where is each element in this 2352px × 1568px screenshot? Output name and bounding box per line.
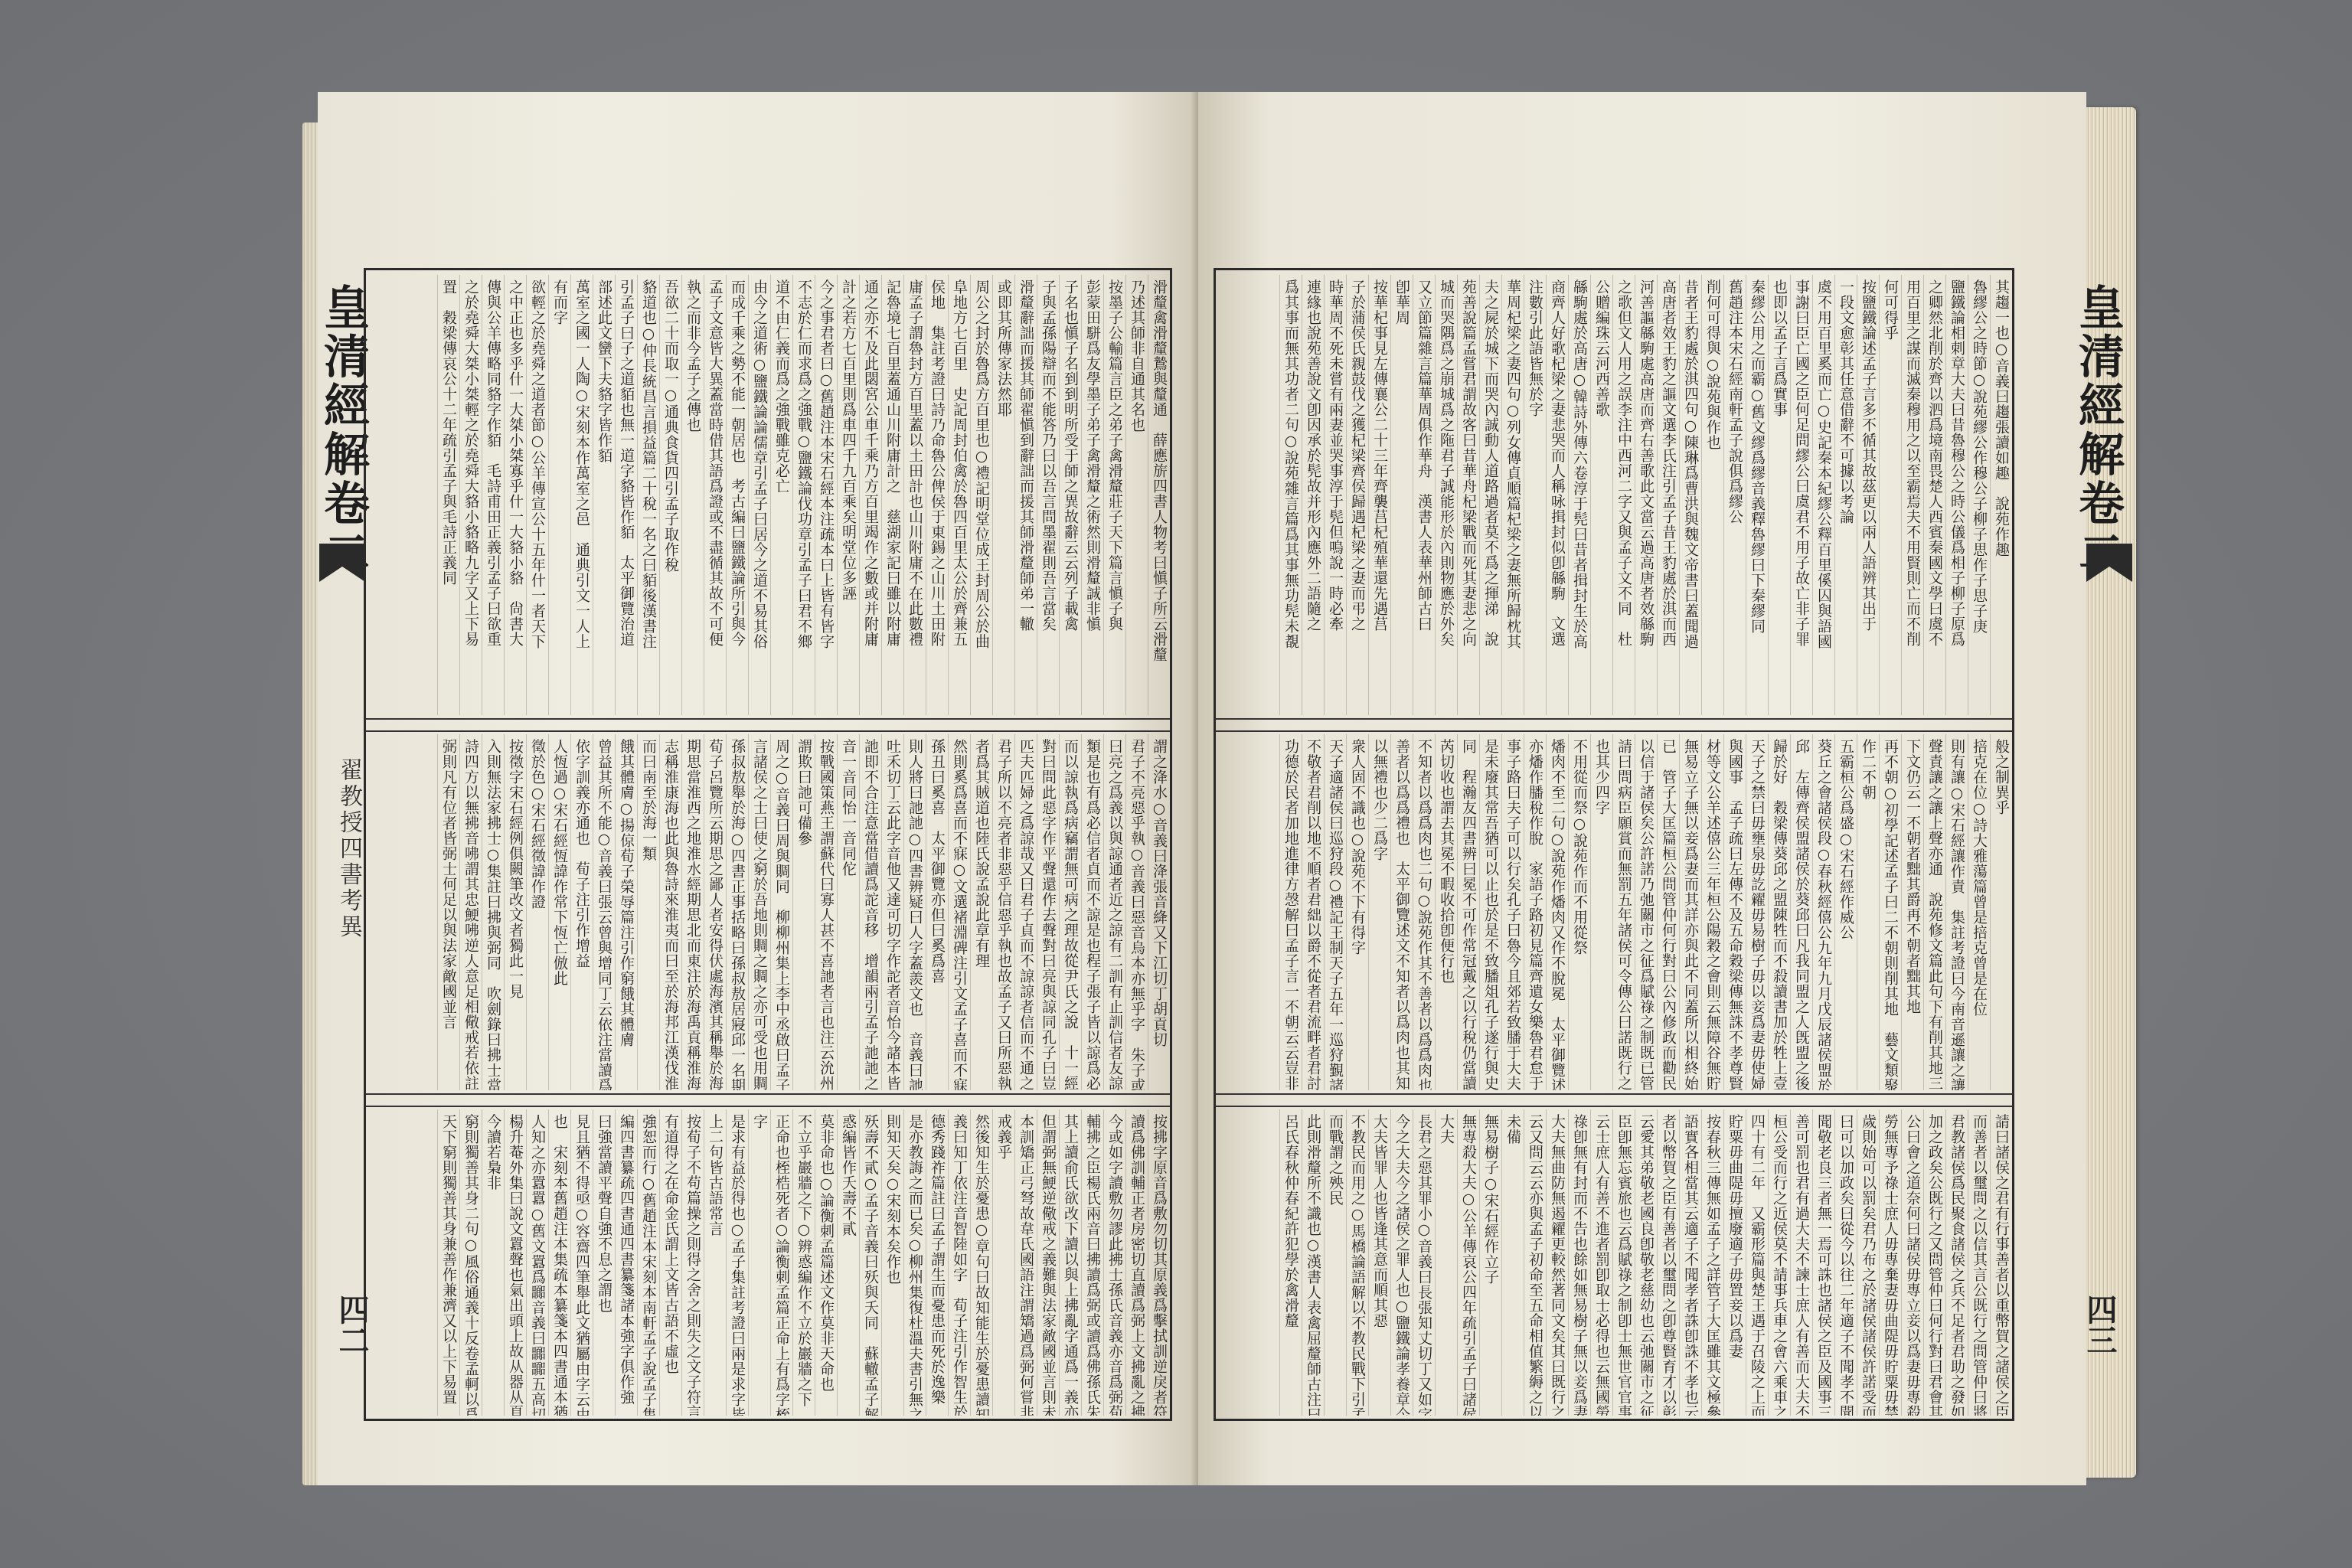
text-column: 匹夫匹婦之爲諒哉又曰君子貞而不諒諒者信而不通之謂 xyxy=(1014,734,1037,1090)
text-column: 善者以爲爲禮也 太平御覽述文不知者以爲肉也其知者 xyxy=(1390,734,1413,1090)
text-column: 祿卽無有封而不告也餘如無易樹子無以妾爲妻無專殺 xyxy=(1568,1109,1590,1416)
right-page-title: 皇清經解卷二 xyxy=(2065,283,2131,577)
text-column: 阜地方七百里 史記周封伯禽於魯四百里太公於齊兼五 xyxy=(948,275,970,715)
text-column: 曰強當讀平聲自強不息之謂也 xyxy=(593,1109,615,1416)
text-column: 按春秋三傳無如孟子之詳管子大匡雖其文極參錯而事 xyxy=(1701,1109,1723,1416)
text-column: 桓公受而行之近侯莫不請事兵車之會六乘車之會三饗國 xyxy=(1768,1109,1790,1416)
text-column: 吾欲二十而取一○通典食貨四引孟子取作稅 xyxy=(659,275,681,715)
text-column: 道不由仁義而爲之強戰雖克必亡 xyxy=(770,275,792,715)
text-column: 天子適諸侯曰巡狩段○禮記王制天子五年一巡狩覲諸侯 xyxy=(1324,734,1346,1090)
text-column: 徵於色○宋石經徵諱作證 xyxy=(526,734,548,1090)
text-column: 五霸桓公爲盛○宋石經作威公 xyxy=(1834,734,1857,1090)
text-column: 燔肉不至二句○說苑作燔肉又作不脫冕 太平御覽述文 xyxy=(1546,734,1568,1090)
text-column: 亦燔作膰稅作脫 家語子路初見篇齊遺女樂魯君怠于政 xyxy=(1524,734,1546,1090)
text-column: 未備 xyxy=(1501,1109,1524,1416)
text-column: 今之大夫今之諸侯之罪人也○鹽鐵論孝養章今之士今之 xyxy=(1390,1109,1413,1416)
text-column: 卽華周 xyxy=(1390,275,1413,715)
text-column: 計之若方七百里則爲車四千九百乘矣明堂位多誣 xyxy=(837,275,859,715)
text-column: 下文仍云一不朝者黜其爵再不朝者黜其地 xyxy=(1901,734,1923,1090)
text-column: 葵丘之會諸侯段○春秋經僖公九年九月戊辰諸侯盟於葵 xyxy=(1812,734,1834,1090)
text-column: 欲輕之於堯舜之道者節○公羊傳宣公十五年什一者天下 xyxy=(526,275,548,715)
text-column: 志稱淮康海也此與魯詩來淮夷而曰至於海邦江漢伐淮夷 xyxy=(659,734,681,1090)
text-column: 大夫 xyxy=(1435,1109,1457,1416)
text-column: 曰亮之爲義以與諒通者近之諒有二訓有止訓信者友諒之 xyxy=(1103,734,1125,1090)
text-column: 與國事 孟子疏曰左傳不及五命穀梁傳無誅不孝尊賢育 xyxy=(1723,734,1746,1090)
text-tier-1: 滑釐禽滑釐鷙與釐通 薛應旂四書人物考曰愼子所云滑釐乃述其師非自通其名也按墨子公輸… xyxy=(366,275,1170,715)
text-column: 聞敬老良三者無一焉可誅也諸侯之臣及國事三年不聞 xyxy=(1812,1109,1834,1416)
text-column: 無專殺大夫○公羊傳哀公四年疏引孟子曰諸侯不得專殺 xyxy=(1457,1109,1479,1416)
text-column: 四十有二年 又霸形篇與楚王遇于召陵之上而令之曰毋 xyxy=(1746,1109,1768,1416)
text-column: 作二不朝 xyxy=(1857,734,1879,1090)
text-column: 以無禮也少二爲字 xyxy=(1368,734,1390,1090)
text-column: 音一音同怡一音同佗 xyxy=(837,734,859,1090)
text-column: 芮切收也謂去其冕不暇收拾卽便行也 xyxy=(1435,734,1457,1090)
text-column: 曰可以加政矣曰從今以往二年適子不聞孝不聞愛其弟不 xyxy=(1834,1109,1857,1416)
text-column: 云愛其弟敬老國良卽敬老慈幼也云弛關市之征及問病 xyxy=(1635,1109,1657,1416)
text-column: 而曰南至於海一類 xyxy=(637,734,659,1090)
text-column: 昔者王豹處於淇四句○陳琳爲曹洪與魏文帝書曰蓋聞過 xyxy=(1679,275,1701,715)
text-column: 人恆過○宋石經恆諱作常下恆亡倣此 xyxy=(548,734,570,1090)
text-column: 其上讀俞氏欲改下讀以與上拂亂字通爲一義亦無不可 xyxy=(1059,1109,1081,1416)
text-column: 正命也桎梏死者○論衡刺孟篇正命上有爲字桎梏下有死 xyxy=(770,1109,792,1416)
text-column: 周之○音義曰周與賙同 柳柳州集上李中丞啟曰孟子書 xyxy=(770,734,792,1090)
text-column: 德秀踐祚篇註曰孟子謂生而憂患而死於逸樂 xyxy=(926,1109,948,1416)
text-column: 云士庶人有善不進者罰卽取士必得也云無國勞毋專予 xyxy=(1590,1109,1612,1416)
text-column: 苑善說篇孟嘗君謂故客曰昔華舟杞梁戰而死其妻悲之向 xyxy=(1457,275,1479,715)
text-column: 或即其所傳家法然耶 xyxy=(992,275,1014,715)
text-column: 但謂弼無鯁逆儆戒之義難與法家敵國並言則未是也弼 xyxy=(1037,1109,1059,1416)
text-column: 天下窮則獨善其身兼善作兼濟又以上下易置 三國志陳 xyxy=(437,1109,459,1416)
text-column: 謂欺曰訑可備參 xyxy=(792,734,815,1090)
text-column: 孫丑曰奚喜 太平御覽亦但曰奚爲喜 xyxy=(926,734,948,1090)
text-column: 不志於仁而求爲之強戰○鹽鐵論伐功章引孟子曰君不鄉 xyxy=(792,275,815,715)
text-column: 侯地 集註考證曰詩乃命魯公俾侯于東錫之山川土田附 xyxy=(926,275,948,715)
text-column: 邱 左傳齊侯盟諸侯於葵邱曰凡我同盟之人旣盟之後言 xyxy=(1790,734,1812,1090)
text-column: 今或如字讀敷勿謬此拂士孫氏音義亦音爲弼荀子諫諍 xyxy=(1103,1109,1125,1416)
text-column: 見且猶不得亟○容齋四筆舉此文猶屬由字云由與猶通用 xyxy=(570,1109,593,1416)
text-column: 弼則凡有位者皆弼士何足以與法家敵國並言 xyxy=(437,734,459,1090)
text-column: 詩四方以無拂音咈謂其忠鯁咈逆人意足相儆戒若依註作 xyxy=(459,734,482,1090)
text-column: 再不朝○初學記述孟子曰二不朝則削其地 藝文類聚亦 xyxy=(1879,734,1901,1090)
text-column: 惑編皆作夭壽不貳 xyxy=(837,1109,859,1416)
text-tier-2: 般之制異乎掊克在位○詩大雅蕩篇曾是掊克曾是在位則有讓○宋石經讓作責 集註考證曰今… xyxy=(1216,734,2012,1090)
text-column: 不教民而用之○馬橋論語解以不教民戰下引孟子曰不教 xyxy=(1346,1109,1368,1416)
text-column: 舊趙注本宋石經南軒孟子說俱爲繆公 xyxy=(1723,275,1746,715)
text-column: 以信于諸侯矣公許諾乃弛關市之征爲賦祿之制既已管仲 xyxy=(1635,734,1657,1090)
text-column: 類是也有爲必信者貞而不諒是也程子張子皆以諒爲必信 xyxy=(1081,734,1103,1090)
text-column: 上二句皆古語常言 xyxy=(704,1109,726,1416)
text-column: 子與孟孫陽辯而不能答乃曰以吾言問墨翟則吾言當矣 xyxy=(1037,275,1059,715)
text-column: 之中正也多乎什一大桀小桀寡乎什一大貉小貉 尙書大 xyxy=(504,275,526,715)
text-column: 無易立子無以妾爲妻而其詳亦與此不同蓋所以相終始而 xyxy=(1679,734,1701,1090)
text-column: 華周杞梁之妻四句○列女傳貞順篇杞梁之妻無所歸枕其 xyxy=(1501,275,1524,715)
text-column: 緜駒處於高唐○韓詩外傳六卷淳于髡曰昔者揖封生於高 xyxy=(1568,275,1590,715)
text-column: 大夫皆罪人也皆逢其意而順其惡 xyxy=(1368,1109,1390,1416)
text-column: 是亦教誨之而已矣○柳州集復杜溫夫書引無之字 xyxy=(903,1109,926,1416)
text-column: 滑釐辭詘而援其師翟愼到辭詘而援其師滑釐師弟一轍 xyxy=(1014,275,1037,715)
text-column: 周公之封於魯爲方百里也○禮記明堂位成王封周公於曲 xyxy=(970,275,992,715)
right-page: 皇清經解卷二 四三 其趨一也○音義曰趨張讀如趣 說苑作趣魯繆公之時節○說苑繆公作… xyxy=(1198,92,2086,1485)
text-column: 河善謳緜駒處高唐而齊右善歌此文當云過高唐者效緜駒 xyxy=(1635,275,1657,715)
text-column: 此則滑釐所不識也○漢書人表禽屈釐師古注曰卽滑釐也 xyxy=(1302,1109,1324,1416)
tier-divider xyxy=(366,1093,1170,1107)
text-column: 之歌但文人用之誤李注中西河二字又與孟子文不同 杜 xyxy=(1612,275,1635,715)
text-column: 歸於好 穀梁傳葵邱之盟陳牲而不殺讀書加於牲上壹明 xyxy=(1768,734,1790,1090)
text-column: 臣卽無忘賓旅也云爲賦祿之制卽士無世官官事無攝也 xyxy=(1612,1109,1635,1416)
text-column: 不知者以爲爲肉也二句○說苑作其不善者以爲爲肉也其 xyxy=(1413,734,1435,1090)
text-column: 削何可得與○說苑與作也 xyxy=(1701,275,1723,715)
text-frame: 滑釐禽滑釐鷙與釐通 薛應旂四書人物考曰愼子所云滑釐乃述其師非自通其名也按墨子公輸… xyxy=(364,268,1172,1421)
margin-label: 翟教授四書考異 xyxy=(332,758,365,940)
text-column: 掊克在位○詩大雅蕩篇曾是掊克曾是在位 xyxy=(1968,734,1990,1090)
text-column: 鹽鐵論相刺章大夫曰昔魯穆公之時公儀爲相子柳子原爲 xyxy=(1945,275,1968,715)
text-column: 不用從而祭○說苑作而不用從祭 xyxy=(1568,734,1590,1090)
text-column: 依字訓義亦通也 荀子注引作增益 xyxy=(570,734,593,1090)
text-column: 夫之屍於城下而哭內誠動人道路過者莫不爲之揮涕 說 xyxy=(1479,275,1501,715)
text-column: 加之政矣公既行之又問管仲曰何行對曰君會其君臣父 xyxy=(1923,1109,1945,1416)
text-column: 事子路曰夫子可以行矣孔子曰魯今且郊若致膰于大夫則 xyxy=(1501,734,1524,1090)
text-column: 子名也愼子名到到明所受于師之異故辭云云列子載禽 xyxy=(1059,275,1081,715)
text-column: 則有讓○宋石經讓作責 集註考證曰今南音遜讓之讓去 xyxy=(1945,734,1968,1090)
text-column: 窮則獨善其身二句○風俗通義十反卷孟軻以爲達則兼濟 xyxy=(459,1109,482,1416)
left-page: 皇清經解卷二 翟教授四書考異 四二 滑釐禽滑釐鷙與釐通 薛應旂四書人物考曰愼子所… xyxy=(318,92,1198,1485)
text-column: 衆人固不識也○說苑不下有得字 xyxy=(1346,734,1368,1090)
text-column: 天子之禁曰毋壅泉毋訖糴毋易樹子毋以妾爲妻毋使婦人 xyxy=(1746,734,1768,1090)
text-column: 執之而非今孟子之傳也 xyxy=(681,275,704,715)
text-column: 謂之洚水○音義曰洚張音絳又下江切丁胡貢切 xyxy=(1148,734,1170,1090)
text-column: 君教諸侯爲民聚食諸侯之兵不足者君助之發如此則始可以 xyxy=(1945,1109,1968,1416)
text-column: 魯繆公之時節○說苑繆公作穆公子柳子思作子思子庚 xyxy=(1968,275,1990,715)
text-column: 者以幣賀之臣有善者以璽問之卽尊賢育才以彰有德也 xyxy=(1657,1109,1679,1416)
text-column: 則知天矣○宋刻本矣作也 xyxy=(881,1109,903,1416)
text-column: 而以諒執爲病竊謂無可病之理故從尹氏之說 十一經問 xyxy=(1059,734,1081,1090)
text-column: 置 穀梁傳哀公十二年疏引孟子與毛詩正義同 xyxy=(437,275,459,715)
text-column: 殀壽不貳○孟子音義曰殀與夭同 蘇轍孟子解謝應芳辨 xyxy=(859,1109,881,1416)
text-column: 公曰會之道奈何曰諸侯毋專立妾以爲妻毋專殺大大無罪 xyxy=(1901,1109,1923,1416)
text-column: 已 管子大匡篇桓公問管仲何行對曰公內修政而勸民可 xyxy=(1657,734,1679,1090)
open-book: 皇清經解卷二 翟教授四書考異 四二 滑釐禽滑釐鷙與釐通 薛應旂四書人物考曰愼子所… xyxy=(302,92,2136,1485)
right-page-number: 四三 xyxy=(2078,1294,2122,1355)
text-column: 之卿然北削於齊以泗爲境南畏楚人西賓秦國文學曰虞不 xyxy=(1923,275,1945,715)
text-column: 注數引此語皆無於字 xyxy=(1524,275,1546,715)
text-column: 義曰知丁依注音智陸如字 荀子注引作智生於憂患 xyxy=(948,1109,970,1416)
text-column: 孫叔敖舉於海○四書正事括略曰孫叔敖居寢邱一名期思 xyxy=(726,734,748,1090)
text-column: 然則奚爲喜而不寐○文選褚淵碑注引文孟子喜而不寐公 xyxy=(948,734,970,1090)
text-column: 而成千乘之勢不能一朝居也 考古編曰鹽鐵論所引與今 xyxy=(726,275,748,715)
text-column: 由今之道術○鹽鐵論論儒章引孟子曰居今之道不易其俗 xyxy=(748,275,770,715)
text-column: 楊升菴外集曰說文囂聲也氣出頭上故从器从頁牛刀切 xyxy=(504,1109,526,1416)
text-column: 按荀子不苟篇操之則得之舍之則失之文子符言篇求之 xyxy=(681,1109,704,1416)
text-column: 期思當淮西之地淮水經期思北而東注於海禹貢稱淮海惟 xyxy=(681,734,704,1090)
text-column: 者爲其賊道也陸氏說孟說此章有理 xyxy=(970,734,992,1090)
text-column: 長君之惡其罪小○音義曰長張知丈切丁又如字 xyxy=(1413,1109,1435,1416)
text-column: 輔拂之臣楊氏兩音曰拂讀爲弼或讀爲佛孫氏朱子皆同 xyxy=(1081,1109,1103,1416)
text-column: 是求有益於得也○孟子集註考證曰兩是求字皆作一讀其 xyxy=(726,1109,748,1416)
text-column: 對曰問此惡字作平聲還作去聲對曰亮與諒同孔子曰豈若 xyxy=(1037,734,1059,1090)
text-column: 語實各相當其云適子不聞孝者誅卽誅不孝也云君有善 xyxy=(1679,1109,1701,1416)
text-column: 貯粟毋曲隄毋擅廢適子毋置妾以爲妻 xyxy=(1723,1109,1746,1416)
text-column: 功德於民者加地進律方愨解曰孟子言一不朝云云豈非夏 xyxy=(1279,734,1302,1090)
text-column: 入則無法家拂士○集註曰拂與弼同 吹劍錄曰拂士當如 xyxy=(482,734,504,1090)
text-column: 按徵字宋石經例俱闕筆改文者獨此一見 xyxy=(504,734,526,1090)
text-column: 孟子文意皆大異蓋當時借其語爲證或不盡循其故不可便 xyxy=(704,275,726,715)
text-column: 莫非命也○論衡刺孟篇述文作莫非天命也 xyxy=(815,1109,837,1416)
text-column: 也其少四字 xyxy=(1590,734,1612,1090)
text-column: 又立節篇雜言篇華周俱作華舟 漢書人表華州師古曰 xyxy=(1413,275,1435,715)
text-column: 般之制異乎 xyxy=(1990,734,2012,1090)
text-column: 爲其事而無其功者二句○說苑雜言篇爲其事無功髡未覩 xyxy=(1279,275,1302,715)
text-column: 按戰國策燕王謂蘇代曰寡人甚不喜訑者言也注云沇州 xyxy=(815,734,837,1090)
text-column: 不立乎巖牆之下○辨惑編作不立於巖牆之下 xyxy=(792,1109,815,1416)
text-column: 按拂字原音爲敷勿切其原義爲擊拭訓逆戾者符勿切直 xyxy=(1148,1109,1170,1416)
text-column: 君子所以不亮者非惡乎信惡乎執也故孟子又曰所惡執一 xyxy=(992,734,1014,1090)
text-column: 一段文愈彰其任意借辭不可據以考論 xyxy=(1834,275,1857,715)
text-column: 虞不用百里奚而亡○史記秦本紀繆公釋百里傒囚與語國 xyxy=(1812,275,1834,715)
text-tier-2: 謂之洚水○音義曰洚張音絳又下江切丁胡貢切君子不亮惡乎執○音義曰惡音烏本亦無乎字 … xyxy=(366,734,1170,1090)
text-column: 歲則始可以罰矣君乃布之於諸侯諸侯許諾受而行之管仲 xyxy=(1857,1109,1879,1416)
text-column: 也即以孟子言爲實事 xyxy=(1768,275,1790,715)
text-column: 言諸侯之士曰使之窮於吾地則賙之賙之亦可受也用賙字 xyxy=(748,734,770,1090)
text-column: 是未廢其常吾猶可以止也於是不致膰俎孔子遂行與史記 xyxy=(1479,734,1501,1090)
text-column: 有道得之在命金氏謂上文皆古語不虛也 xyxy=(659,1109,681,1416)
text-column: 貉道也○仲長統昌言損益篇二十稅一名之曰貊後漢書注 xyxy=(637,275,659,715)
text-column: 其趨一也○音義曰趨張讀如趣 說苑作趣 xyxy=(1990,275,2012,715)
text-column: 按鹽鐵論述孟子言多不循其故茲更以兩人語辨其出于 xyxy=(1857,275,1879,715)
text-column: 讀爲佛訓輔正者房密切直讀爲弼上文拂亂之拂音符勿 xyxy=(1125,1109,1148,1416)
text-column: 不敬者君削以地不順者君絀以爵不從者君流畔者君討有 xyxy=(1302,734,1324,1090)
text-column: 秦繆公用之而霸○舊文繆爲繆音義釋魯繆曰下秦繆同 xyxy=(1746,275,1768,715)
text-column: 大夫無曲防無遏糴更較然著同文矣其曰既行之又請云 xyxy=(1546,1109,1568,1416)
text-column: 乃述其師非自通其名也 xyxy=(1125,275,1148,715)
text-column: 也 宋刻本舊趙注本集疏本纂箋本四書通本猶俱作由 xyxy=(548,1109,570,1416)
text-column: 訑即不合注意當借讀爲詑音移 增韻兩引孟子訑訑之聲 xyxy=(859,734,881,1090)
text-frame: 其趨一也○音義曰趨張讀如趣 說苑作趣魯繆公之時節○說苑繆公作穆公子柳子思作子思子… xyxy=(1214,268,2014,1421)
text-column: 按墨子公輸篇言臣之弟子禽滑釐莊子天下篇言愼子與 xyxy=(1103,275,1125,715)
text-column: 請曰諸侯之君有行事善者以重幣賀之諸侯之臣有諫其君 xyxy=(1990,1109,2012,1416)
text-column: 公贈編珠云河西善歌 xyxy=(1590,275,1612,715)
text-column: 請曰問病臣願賞而無罰五年諸侯可令傳公曰諾既行之又 xyxy=(1612,734,1635,1090)
text-column: 今讀若梟非 xyxy=(482,1109,504,1416)
text-column: 之於堯舜大桀小桀輕之於堯舜大貉小貉略九字又上下易 xyxy=(459,275,482,715)
text-column: 連緣也說苑善說文卽因承於髡故并形內應外二語隨之 xyxy=(1302,275,1324,715)
text-column: 而戰謂之殃民 xyxy=(1324,1109,1346,1416)
text-column: 呂氏春秋仲春紀許犯學於禽滑釐 xyxy=(1279,1109,1302,1416)
text-column: 強恕而行○舊趙注本宋刻本南軒孟子說孟子集疏四書集 xyxy=(637,1109,659,1416)
text-column: 何可得乎 xyxy=(1879,275,1901,715)
tier-divider xyxy=(1216,1093,2012,1107)
text-column: 餓其體膚○揚倞荀子榮辱篇注引作窮餓其體膚 xyxy=(615,734,637,1090)
text-column: 引孟子曰子之道貊也無一道字貉皆作貊 太平御覽治道 xyxy=(615,275,637,715)
text-column: 聲責讓之讓上聲亦通 說苑修文篇此句下有削其地三字 xyxy=(1923,734,1945,1090)
text-column: 彭蒙田駢爲友學墨子弟子禽滑釐之術然則滑釐誠非愼 xyxy=(1081,275,1103,715)
text-column: 高唐者效王豹之謳文選李氏注引孟子昔王豹處於淇而西 xyxy=(1657,275,1679,715)
text-column: 商齊人好歌杞梁之妻悲哭而人稱咏揖封似卽緜駒 文選 xyxy=(1546,275,1568,715)
text-column: 荀子呂覽所云期思之鄙人者安得伏處海濱其稱舉於海以 xyxy=(704,734,726,1090)
text-column: 無易樹子○宋石經作立子 xyxy=(1479,1109,1501,1416)
text-column: 戒義乎 xyxy=(992,1109,1014,1416)
text-column: 今之事君者曰○舊趙注本宋石經本注疏本曰上皆有皆字 xyxy=(815,275,837,715)
text-tier-3: 請曰諸侯之君有行事善者以重幣賀之諸侯之臣有諫其君而善者以璽問之以信其言公既行之問… xyxy=(1216,1109,2012,1416)
text-column: 字 xyxy=(748,1109,770,1416)
text-column: 萬室之國一人陶○宋刻本作萬室之邑 通典引文一人上 xyxy=(570,275,593,715)
text-column: 本訓矯正弓弩故韋氏國語注謂矯過爲弼何嘗非鯁逆儆 xyxy=(1014,1109,1037,1416)
text-column: 有而字 xyxy=(548,275,570,715)
text-tier-1: 其趨一也○音義曰趨張讀如趣 說苑作趣魯繆公之時節○說苑繆公作穆公子柳子思作子思子… xyxy=(1216,275,2012,715)
text-column: 人知之亦囂囂○舊文囂爲嚻音義曰嚻嚻五高切又許驕切 xyxy=(526,1109,548,1416)
tier-divider xyxy=(1216,718,2012,732)
text-column: 通之亦不及此閟宮公車千乘乃方百里竭作之數或并附庸 xyxy=(859,275,881,715)
text-column: 然後知生於憂患○章句曰故知能生於憂患讀知去聲 音 xyxy=(970,1109,992,1416)
text-column: 部述此文蠻下夫貉字皆作貊 xyxy=(593,275,615,715)
text-column: 庸孟子謂魯封方百里蓋以土田計也山川附庸不在此數禮 xyxy=(903,275,926,715)
text-column: 按華杞事見左傳襄公二十三年齊襲莒杞殖華還先遇莒 xyxy=(1368,275,1390,715)
text-column: 子於蒲侯氏親鼓伐之獲杞梁齊侯歸遇杞梁之妻而弔之 xyxy=(1346,275,1368,715)
text-column: 材等文公羊述僖公三年桓公陽穀之會則云無障谷無貯粟 xyxy=(1701,734,1723,1090)
text-column: 事謝曰臣亡國之臣何足問繆公曰虞君不用子故亡非子罪 xyxy=(1790,275,1812,715)
text-column: 曾益其所不能○音義曰張云曾與增同丁云依注當讀爲增 xyxy=(593,734,615,1090)
text-column: 吐禾切丁云此字音他又達可切字作詑者音怡今諸本皆作 xyxy=(881,734,903,1090)
text-column: 善可罰也君有過大夫不諫士庶人有善而大夫不進可罰也 xyxy=(1790,1109,1812,1416)
text-column: 時華周不死未嘗有兩妻並哭事淳于髡但嗚說一時必牽 xyxy=(1324,275,1346,715)
text-column: 云又問云云亦與孟子初命至五命相值繁縟之以補經傳 xyxy=(1524,1109,1546,1416)
text-column: 用百里之謀而滅秦穆用之以至霸焉夫不用賢則亡而不削 xyxy=(1901,275,1923,715)
text-column: 同 程瀚友四書辨曰冕不可作常冠戴之以行稅仍當讀脫 xyxy=(1457,734,1479,1090)
text-column: 編四書纂疏四書通四書纂箋諸本強字俱作強 四書辨疑 xyxy=(615,1109,637,1416)
text-column: 君子不亮惡乎執○音義曰惡音烏本亦無乎字 朱子或問 xyxy=(1125,734,1148,1090)
text-column: 城而哭隅爲之崩城爲之陁君子誠能形於內則物應於外矣 xyxy=(1435,275,1457,715)
text-tier-3: 按拂字原音爲敷勿切其原義爲擊拭訓逆戾者符勿切直讀爲佛訓輔正者房密切直讀爲弼上文拂… xyxy=(366,1109,1170,1416)
text-column: 傳與公羊傳略同貉字作貊 毛詩甫田正義引孟子曰欲重 xyxy=(482,275,504,715)
text-column: 而善者以璽問之以信其言公既行之問管仲曰將何行對 xyxy=(1968,1109,1990,1416)
tier-divider xyxy=(366,718,1170,732)
text-column: 記魯境七百里蓋通山川附庸計之 慈湖家記曰雖以附庸 xyxy=(881,275,903,715)
text-column: 勞無專予祿士庶人毋專棄妻毋曲隄毋貯粟毋禁材行此卒 xyxy=(1879,1109,1901,1416)
text-column: 滑釐禽滑釐鷙與釐通 薛應旂四書人物考曰愼子所云滑釐 xyxy=(1148,275,1170,715)
text-column: 則人將曰訑訑○四書辨疑曰人字蓋羨文也 音義曰訑張 xyxy=(903,734,926,1090)
